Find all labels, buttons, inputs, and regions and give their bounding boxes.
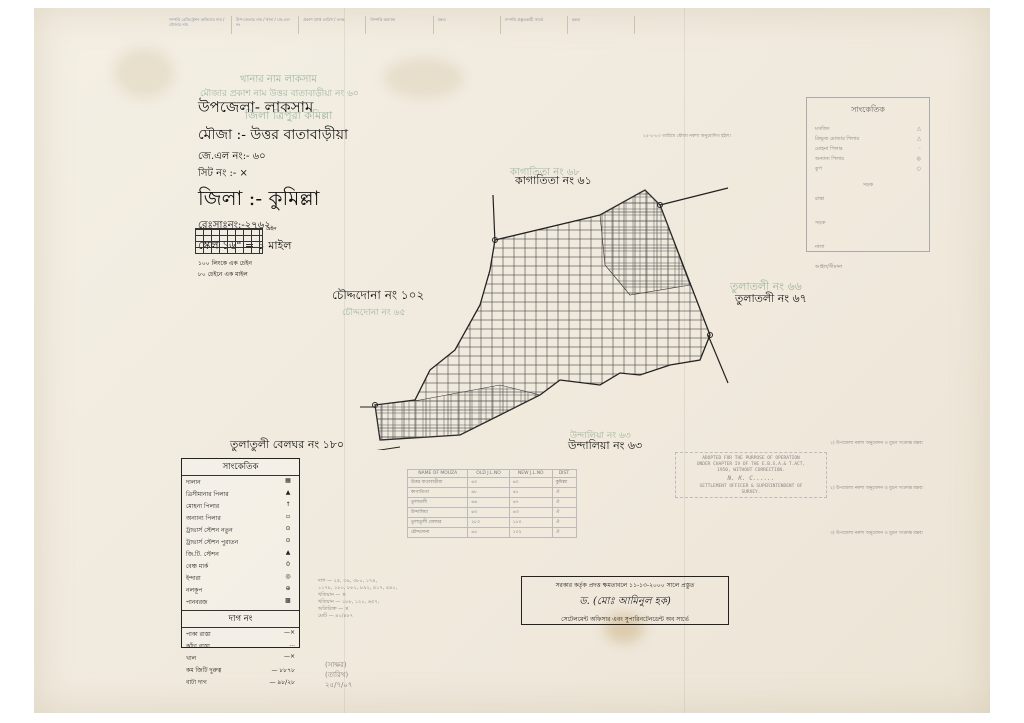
trijunction-pillar-icon: ▲ <box>281 489 295 500</box>
mouza-table: NAME OF MOUZAOLD J.L.NONEW J.L.NODIST. উ… <box>407 469 577 538</box>
stain <box>384 58 464 98</box>
legend-row: ত্রিভূজ মোজার পিলার△ <box>807 135 929 145</box>
legend-row: পানবরজ▩ <box>182 596 299 608</box>
header-cell: প্রকাশ প্রাপ্ত তারিখ / তদন্ত <box>299 16 366 34</box>
approval-text: সরকার কর্তৃক প্রদত্ত ক্ষমতাবলে ১১-১৩-২০০… <box>522 580 728 591</box>
right-notes: ১) উপজেলা নকশা অনুমোদন ও মুদ্রণ সংক্রান্… <box>830 440 923 537</box>
plot-notes: দাগ — ২৫, ৩৯, ৩৮০, ১৭৪, ১১৭৮, ১৮০, ৮৮১, … <box>318 578 397 620</box>
southwest-border-label: তুলাতুলী বেলঘর নং ১৮০ <box>230 436 344 455</box>
tube-well-icon: ⊕ <box>281 585 295 596</box>
pillar-icon: ◦ <box>918 146 921 154</box>
betel-garden-icon: ▩ <box>281 597 295 608</box>
header-cell: মন্তব্য <box>434 16 501 34</box>
top-approval-note: ২৫-৮-৮০ তারিখে মৌজা নকশা অনুমোদিত হইল। <box>643 133 731 140</box>
legend-row: অন্যান্য পিলার▫ <box>182 512 299 524</box>
legend-row: ট্রাভার্স স্টেশন নতুন⊙ <box>182 524 299 536</box>
legend-road-row: নালা <box>807 243 929 253</box>
scale-bar-label: চেইন <box>266 226 276 234</box>
legend-road-row: সড়ক <box>807 219 929 229</box>
header-cell: সম্পত্তি রেজিস্ট্রেশন অফিসের নাম / মৌজার… <box>165 16 232 34</box>
upazila-title: উপজেলা- লাকসাম <box>198 96 348 121</box>
legend-row: নলকূপ⊕ <box>182 584 299 596</box>
table-row: তুলাতুলী বেলঘর১৮০১৮০ঐ <box>408 518 577 528</box>
header-cell: মন্তব্য <box>568 16 635 34</box>
legend-row: মোহনা পিলার◦ <box>807 145 929 155</box>
mouza-plot-map <box>360 185 740 450</box>
legend-row: জি.টি. স্টেশন▲ <box>182 548 299 560</box>
district-title: জিলা :- কুমিল্লা <box>198 184 348 217</box>
bottom-signature-note: (সাক্ষর) (তারিখ) ২৫/৭/০৭ <box>325 660 352 690</box>
legend-row: বেঞ্চ মার্ক0 <box>182 560 299 572</box>
table-row: উত্তর বাতাবাড়ীয়া৬০৬০কুমিল্লা <box>408 478 577 488</box>
legend-road-row: রাস্তা <box>807 195 929 205</box>
scale-bar <box>195 228 263 254</box>
sheet-number: সিট নং :- × <box>198 166 348 183</box>
legend-row: কুপ○ <box>807 165 929 175</box>
approval-officer: সেটেলমেন্ট অফিসার এবং সুপারিনটেনডেন্ট অব… <box>522 614 728 625</box>
mosque-icon: △ <box>917 126 921 134</box>
legend-road-row: পাকা রাস্তা—× <box>182 628 299 640</box>
table-header-row: NAME OF MOUZAOLD J.L.NONEW J.L.NODIST. <box>408 470 577 478</box>
table-row: তুলাতলী৬৬৬৭ঐ <box>408 498 577 508</box>
legend-row: ত্রিসীমানার পিলার▲ <box>182 488 299 500</box>
approval-signature: ড. (মোঃ আমিনুল হক) <box>522 594 728 611</box>
stain <box>114 48 174 98</box>
east-border-label: তুলাতলী নং ৬৭ <box>735 290 807 309</box>
indara-well-icon: ◎ <box>281 573 295 584</box>
header-cell: নিষ্পত্তি অন্যান্য <box>366 16 433 34</box>
bench-mark-icon: 0 <box>281 561 295 572</box>
triangle-pillar-icon: △ <box>917 136 921 144</box>
legend-row: ইন্দারা◎ <box>182 572 299 584</box>
legend-row: দালান▦ <box>182 476 299 488</box>
scale-note: ৮০ চেইনে এক মাইল <box>198 269 348 280</box>
header-cell: উপ-জেলার নাম / থানা / জে.এল নং <box>232 16 299 34</box>
header-cell: সম্পত্তি প্রস্তুতকারী সার্ভে <box>501 16 568 34</box>
gt-station-icon: ▲ <box>281 549 295 560</box>
legend-section: সড়ক <box>807 181 929 191</box>
building-icon: ▦ <box>281 477 295 488</box>
table-row: চৌদ্দদোনা৬৫১০২ঐ <box>408 528 577 538</box>
legend-road-row: আইল/সীমানা <box>807 263 929 273</box>
jl-number: জে.এল নং:- ৬০ <box>198 149 348 166</box>
legend-row: মসজিদ△ <box>807 125 929 135</box>
mohona-pillar-icon: ↑ <box>281 501 295 512</box>
legend-road-row: বাটা দাগ— ৯৮/২৮ <box>182 676 299 688</box>
mouza-title: মৌজা :- উত্তর বাতাবাড়ীয়া <box>198 123 348 147</box>
table-row: কাগাতিতা৬৮৬১ঐ <box>408 488 577 498</box>
other-pillar-icon: ◎ <box>917 156 921 164</box>
well-icon: ○ <box>917 166 921 174</box>
table-row: উন্দালিয়া৬৩৬৩ঐ <box>408 508 577 518</box>
other-pillar-icon: ▫ <box>281 513 295 524</box>
legend-row: অন্যান্য পিলার◎ <box>807 155 929 165</box>
legend-title: সাংকেতিক <box>807 104 929 117</box>
header-strip: সম্পত্তি রেজিস্ট্রেশন অফিসের নাম / মৌজার… <box>165 16 635 34</box>
legend-road-row: কম জিটি দুরুত্ব— ৮৮৭৮ <box>182 664 299 676</box>
legend-row: মোহনা পিলার↑ <box>182 500 299 512</box>
legend-section: দাগ নং <box>182 610 299 628</box>
legend-right: সাংকেতিক মসজিদ△ ত্রিভূজ মোজার পিলার△ মোহ… <box>806 97 930 252</box>
traverse-station-new-icon: ⊙ <box>281 525 295 536</box>
adopted-stamp: ADOPTED FOR THE PURPOSE OF OPERATION UND… <box>675 452 827 498</box>
legend-left: সাংকেতিক দালান▦ ত্রিসীমানার পিলার▲ মোহনা… <box>181 458 300 648</box>
legend-title: সাংকেতিক <box>182 459 299 476</box>
traverse-station-old-icon: ⊙ <box>281 537 295 548</box>
legend-road-row: খাল—× <box>182 652 299 664</box>
legend-row: ট্রাভার্স স্টেশন পুরাতন⊙ <box>182 536 299 548</box>
scale-note: ১০০ লিংকে এক চেইন <box>198 258 348 269</box>
legend-road-row: কাঁচা রাস্তা... <box>182 640 299 652</box>
stamp-signature: N. K. C...... <box>676 476 826 482</box>
government-approval-box: সরকার কর্তৃক প্রদত্ত ক্ষমতাবলে ১১-১৩-২০০… <box>521 576 729 625</box>
